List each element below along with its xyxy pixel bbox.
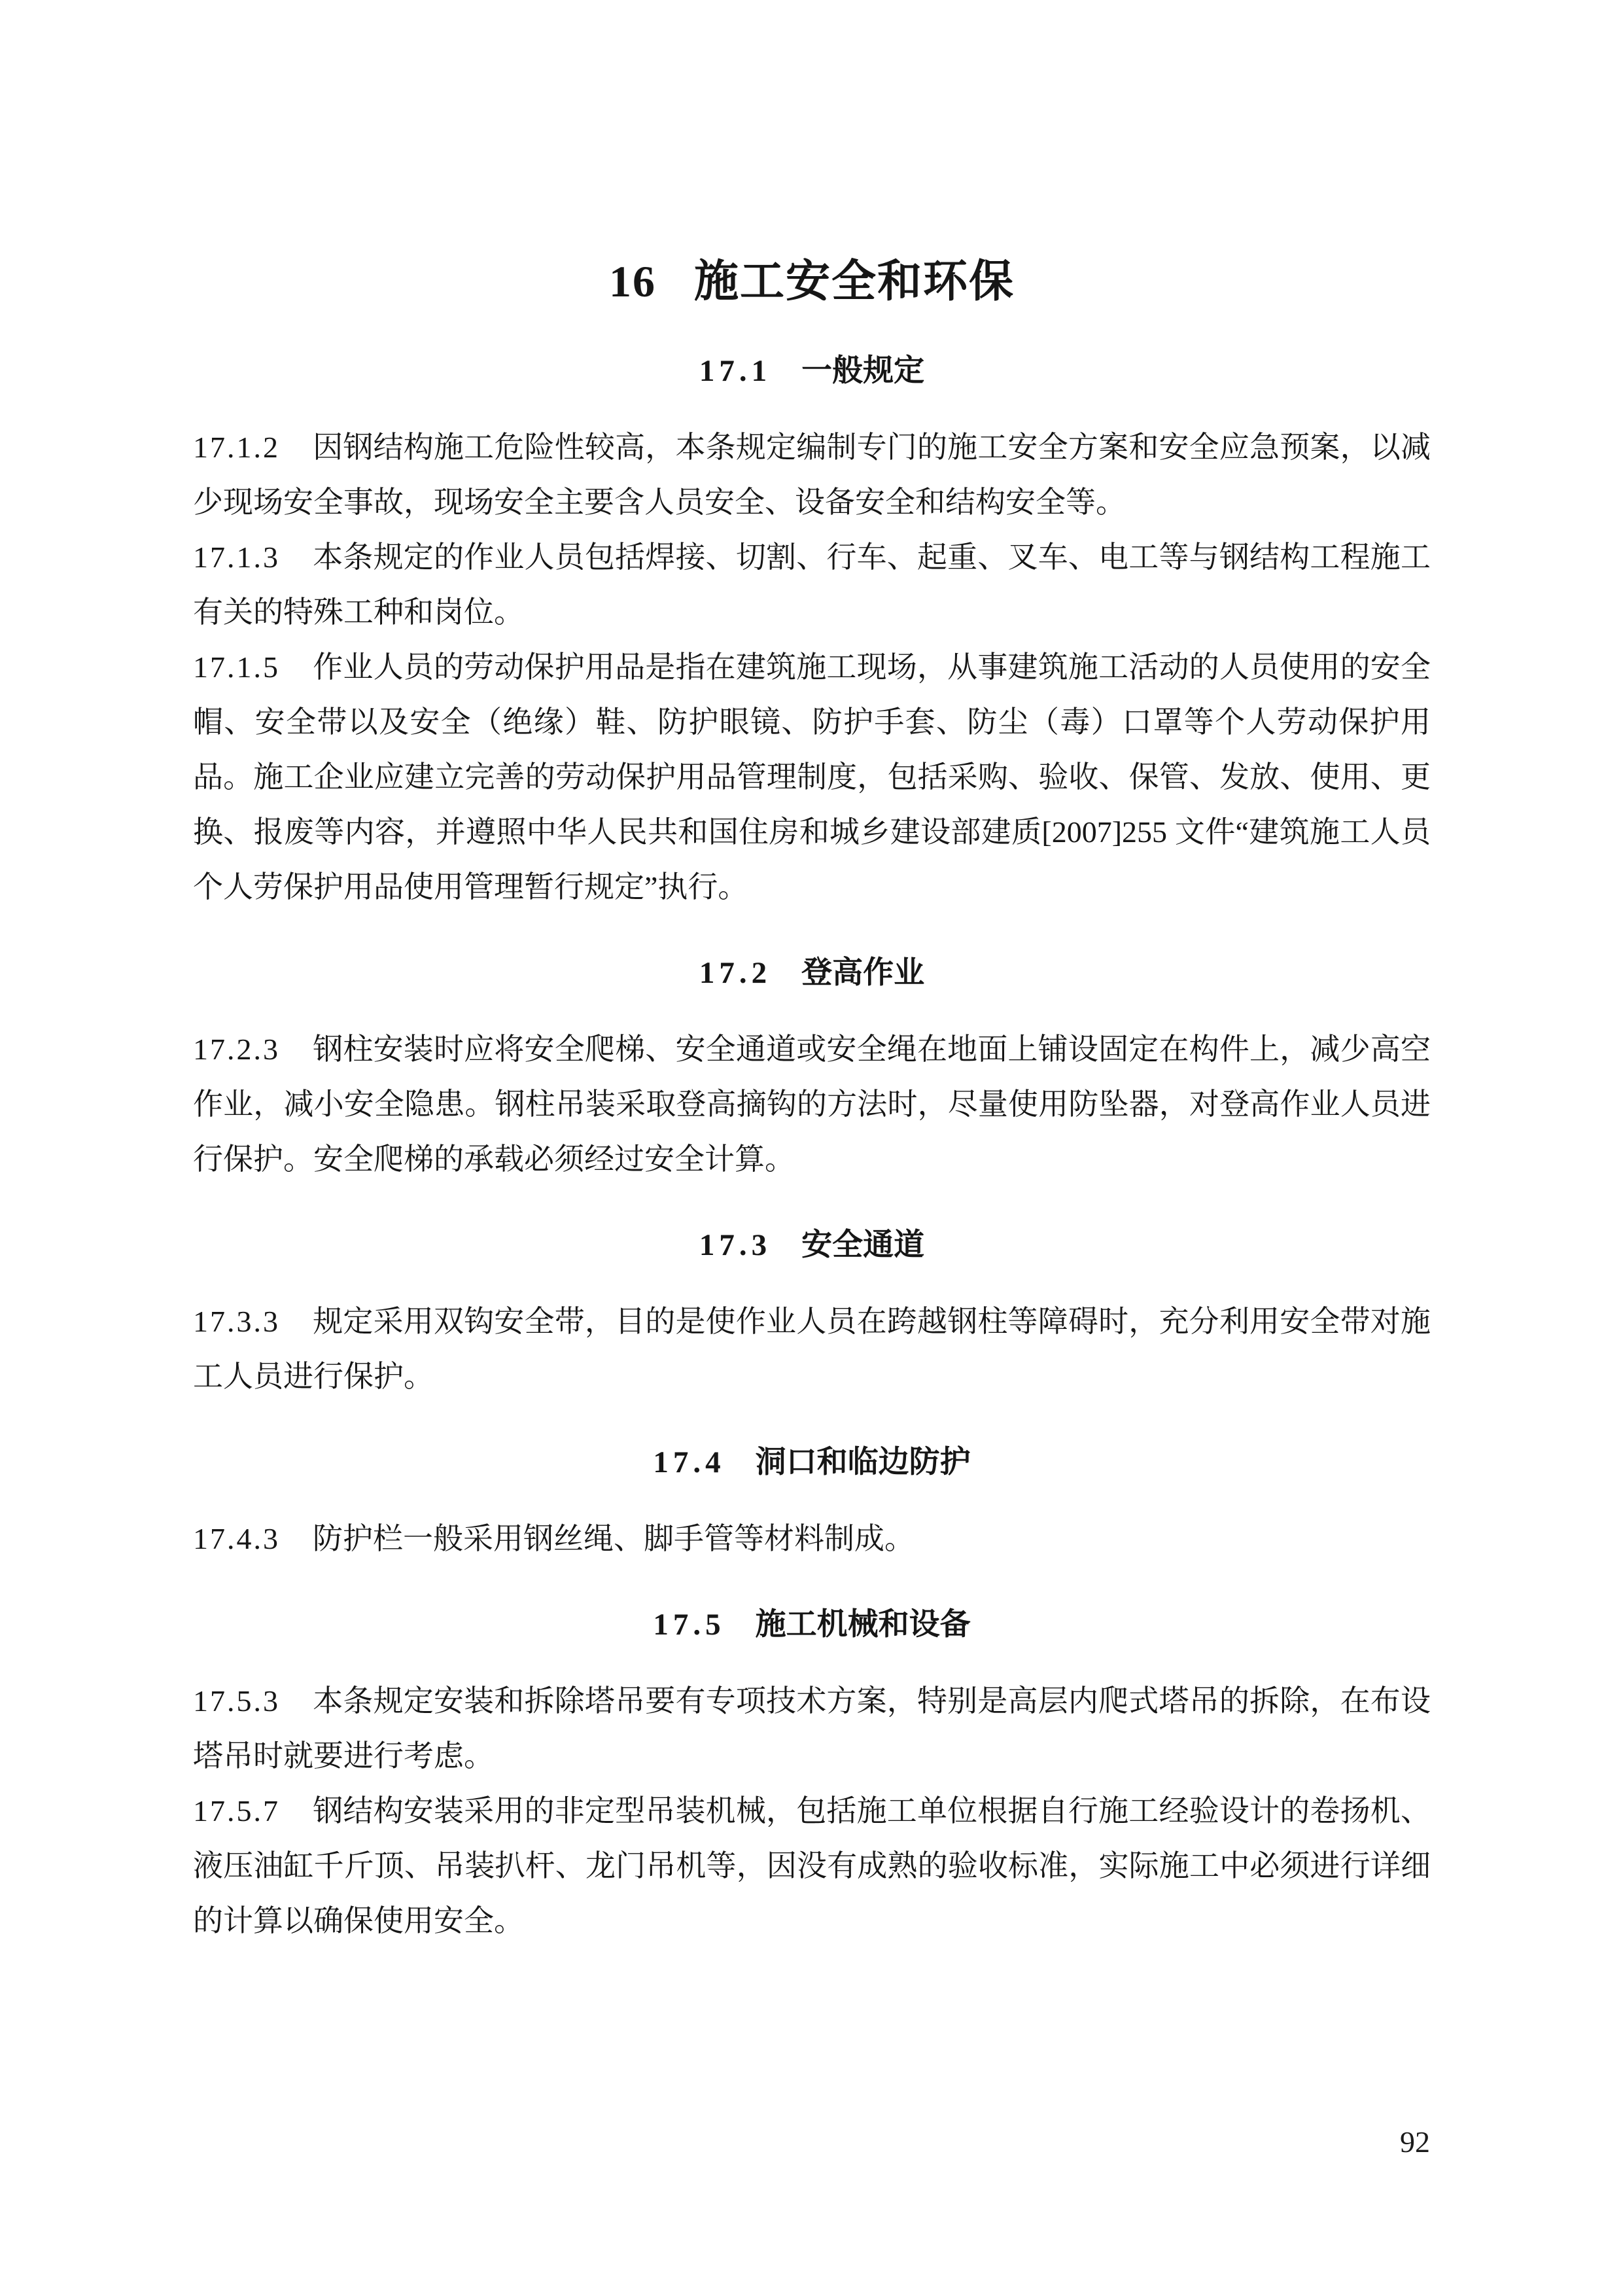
clause-number: 17.1.5 xyxy=(193,650,280,684)
clause-text: 作业人员的劳动保护用品是指在建筑施工现场，从事建筑施工活动的人员使用的安全帽、安… xyxy=(193,650,1431,904)
section-title-text: 洞口和临边防护 xyxy=(756,1445,971,1479)
section-number: 17.5 xyxy=(653,1608,725,1642)
clause-text: 本条规定安装和拆除塔吊要有专项技术方案，特别是高层内爬式塔吊的拆除，在布设塔吊时… xyxy=(193,1684,1431,1773)
section-heading-17-2: 17.2登高作业 xyxy=(193,953,1431,993)
section-title-text: 施工机械和设备 xyxy=(756,1608,971,1642)
section-title-text: 登高作业 xyxy=(801,956,924,990)
chapter-title-text: 施工安全和环保 xyxy=(694,256,1015,306)
section-heading-17-5: 17.5施工机械和设备 xyxy=(193,1604,1431,1645)
section-title-text: 安全通道 xyxy=(801,1228,924,1262)
chapter-number: 16 xyxy=(609,256,656,306)
clause-number: 17.2.3 xyxy=(193,1033,280,1066)
clause-number: 17.4.3 xyxy=(193,1522,280,1555)
section-heading-17-3: 17.3安全通道 xyxy=(193,1225,1431,1265)
clause-17-1-5: 17.1.5作业人员的劳动保护用品是指在建筑施工现场，从事建筑施工活动的人员使用… xyxy=(193,640,1431,915)
clause-17-1-3: 17.1.3本条规定的作业人员包括焊接、切割、行车、起重、叉车、电工等与钢结构工… xyxy=(193,530,1431,640)
clause-text: 因钢结构施工危险性较高，本条规定编制专门的施工安全方案和安全应急预案，以减少现场… xyxy=(193,431,1431,519)
section-number: 17.4 xyxy=(653,1445,725,1479)
clause-number: 17.5.3 xyxy=(193,1684,280,1718)
clause-text: 钢结构安装采用的非定型吊装机械，包括施工单位根据自行施工经验设计的卷扬机、液压油… xyxy=(193,1794,1431,1937)
clause-text: 本条规定的作业人员包括焊接、切割、行车、起重、叉车、电工等与钢结构工程施工有关的… xyxy=(193,540,1431,629)
page-number: 92 xyxy=(1400,2124,1430,2161)
clause-17-4-3: 17.4.3防护栏一般采用钢丝绳、脚手管等材料制成。 xyxy=(193,1511,1431,1566)
chapter-title: 16施工安全和环保 xyxy=(193,254,1431,309)
section-number: 17.3 xyxy=(699,1228,771,1262)
page-content: 16施工安全和环保 17.1一般规定 17.1.2因钢结构施工危险性较高，本条规… xyxy=(193,254,1431,1949)
clause-17-5-7: 17.5.7钢结构安装采用的非定型吊装机械，包括施工单位根据自行施工经验设计的卷… xyxy=(193,1784,1431,1949)
section-heading-17-1: 17.1一般规定 xyxy=(193,351,1431,391)
clause-17-2-3: 17.2.3钢柱安装时应将安全爬梯、安全通道或安全绳在地面上铺设固定在构件上，减… xyxy=(193,1022,1431,1187)
document-page: 16施工安全和环保 17.1一般规定 17.1.2因钢结构施工危险性较高，本条规… xyxy=(0,0,1623,2296)
clause-17-3-3: 17.3.3规定采用双钩安全带，目的是使作业人员在跨越钢柱等障碍时，充分利用安全… xyxy=(193,1294,1431,1404)
clause-number: 17.1.2 xyxy=(193,431,280,464)
clause-number: 17.5.7 xyxy=(193,1794,280,1828)
clause-text: 防护栏一般采用钢丝绳、脚手管等材料制成。 xyxy=(313,1522,915,1555)
section-heading-17-4: 17.4洞口和临边防护 xyxy=(193,1442,1431,1483)
clause-number: 17.1.3 xyxy=(193,540,280,574)
clause-text: 钢柱安装时应将安全爬梯、安全通道或安全绳在地面上铺设固定在构件上，减少高空作业，… xyxy=(193,1033,1431,1176)
section-number: 17.2 xyxy=(699,956,771,990)
clause-number: 17.3.3 xyxy=(193,1305,280,1338)
section-number: 17.1 xyxy=(699,354,771,388)
section-title-text: 一般规定 xyxy=(801,354,924,388)
clause-17-5-3: 17.5.3本条规定安装和拆除塔吊要有专项技术方案，特别是高层内爬式塔吊的拆除，… xyxy=(193,1674,1431,1784)
clause-17-1-2: 17.1.2因钢结构施工危险性较高，本条规定编制专门的施工安全方案和安全应急预案… xyxy=(193,420,1431,530)
clause-text: 规定采用双钩安全带，目的是使作业人员在跨越钢柱等障碍时，充分利用安全带对施工人员… xyxy=(193,1305,1431,1393)
